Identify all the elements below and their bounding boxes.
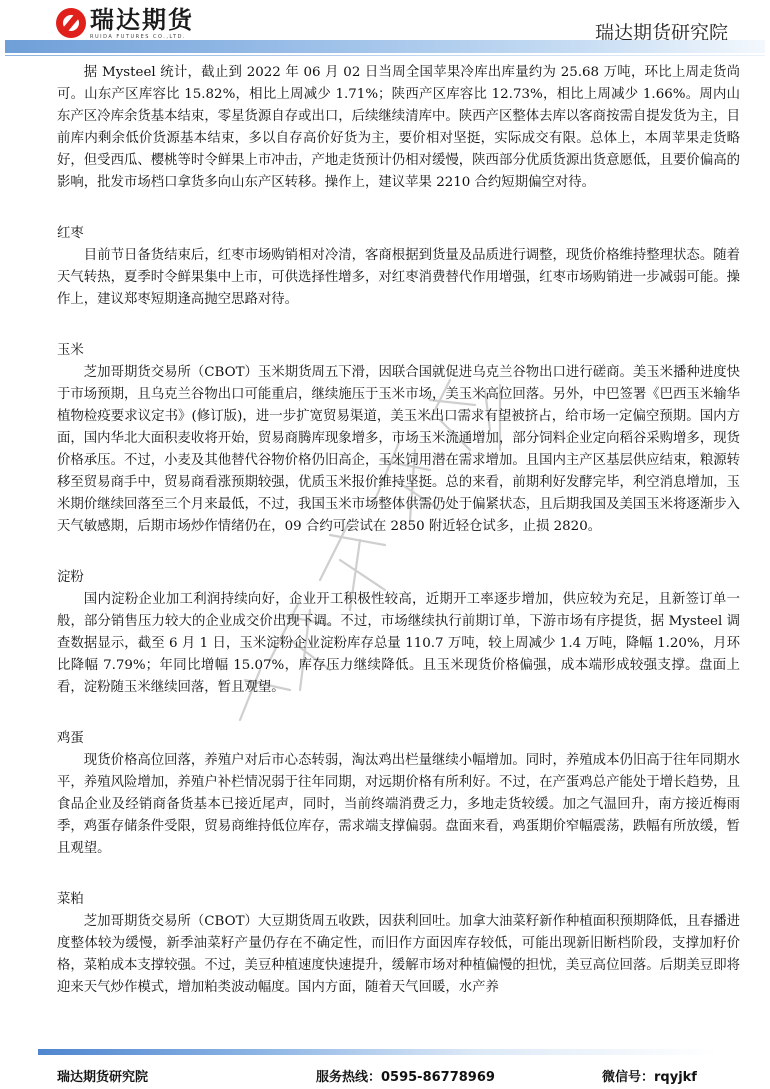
section-body: 现货价格高位回落，养殖户对后市心态转弱，淘汰鸡出栏量继续小幅增加。同时，养殖成本… [57,750,740,860]
report-content: 据 Mysteel 统计，截止到 2022 年 06 月 02 日当周全国苹果冷… [57,62,740,999]
section-body: 芝加哥期货交易所（CBOT）玉米期货周五下滑，因联合国就促进乌克兰谷物出口进行磋… [57,362,740,538]
footer-org: 瑞达期货研究院 [57,1066,148,1085]
section-title: 玉米 [57,333,740,362]
header-gradient-bar [5,40,765,53]
section-body: 目前节日备货结束后，红枣市场购销相对冷清，客商根据到货量及品质进行调整，现货价格… [57,245,740,311]
section-title: 淀粉 [57,560,740,589]
section-body: 国内淀粉企业加工利润持续向好，企业开工积极性较高，近期开工率逐步增加，供应较为充… [57,589,740,699]
section-corn: 玉米 芝加哥期货交易所（CBOT）玉米期货周五下滑，因联合国就促进乌克兰谷物出口… [57,333,740,538]
footer-wechat: 微信号：rqyjkf [602,1066,697,1085]
footer-gradient-bar-fade [478,1049,718,1055]
section-title: 菜粕 [57,882,740,911]
footer-gradient-bar [38,1049,478,1055]
footer-hotline: 服务热线：0595-86778969 [316,1066,495,1085]
logo-chinese-name: 瑞达期货 [90,6,194,34]
section-eggs: 鸡蛋 现货价格高位回落，养殖户对后市心态转弱，淘汰鸡出栏量继续小幅增加。同时，养… [57,721,740,860]
section-body: 据 Mysteel 统计，截止到 2022 年 06 月 02 日当周全国苹果冷… [57,62,740,194]
section-title: 鸡蛋 [57,721,740,750]
section-apple: 据 Mysteel 统计，截止到 2022 年 06 月 02 日当周全国苹果冷… [57,62,740,194]
section-title: 红枣 [57,216,740,245]
page-header: 瑞达期货 RUIDA FUTURES CO.,LTD. 瑞达期货研究院 [0,0,770,60]
logo-mark-icon [56,8,86,38]
section-red-dates: 红枣 目前节日备货结束后，红枣市场购销相对冷清，客商根据到货量及品质进行调整，现… [57,216,740,311]
company-logo: 瑞达期货 RUIDA FUTURES CO.,LTD. [56,6,194,41]
section-starch: 淀粉 国内淀粉企业加工利润持续向好，企业开工积极性较高，近期开工率逐步增加，供应… [57,560,740,699]
section-body: 芝加哥期货交易所（CBOT）大豆期货周五收跌，因获利回吐。加拿大油菜籽新作种植面… [57,911,740,999]
section-rapeseed-meal: 菜粕 芝加哥期货交易所（CBOT）大豆期货周五收跌，因获利回吐。加拿大油菜籽新作… [57,882,740,999]
